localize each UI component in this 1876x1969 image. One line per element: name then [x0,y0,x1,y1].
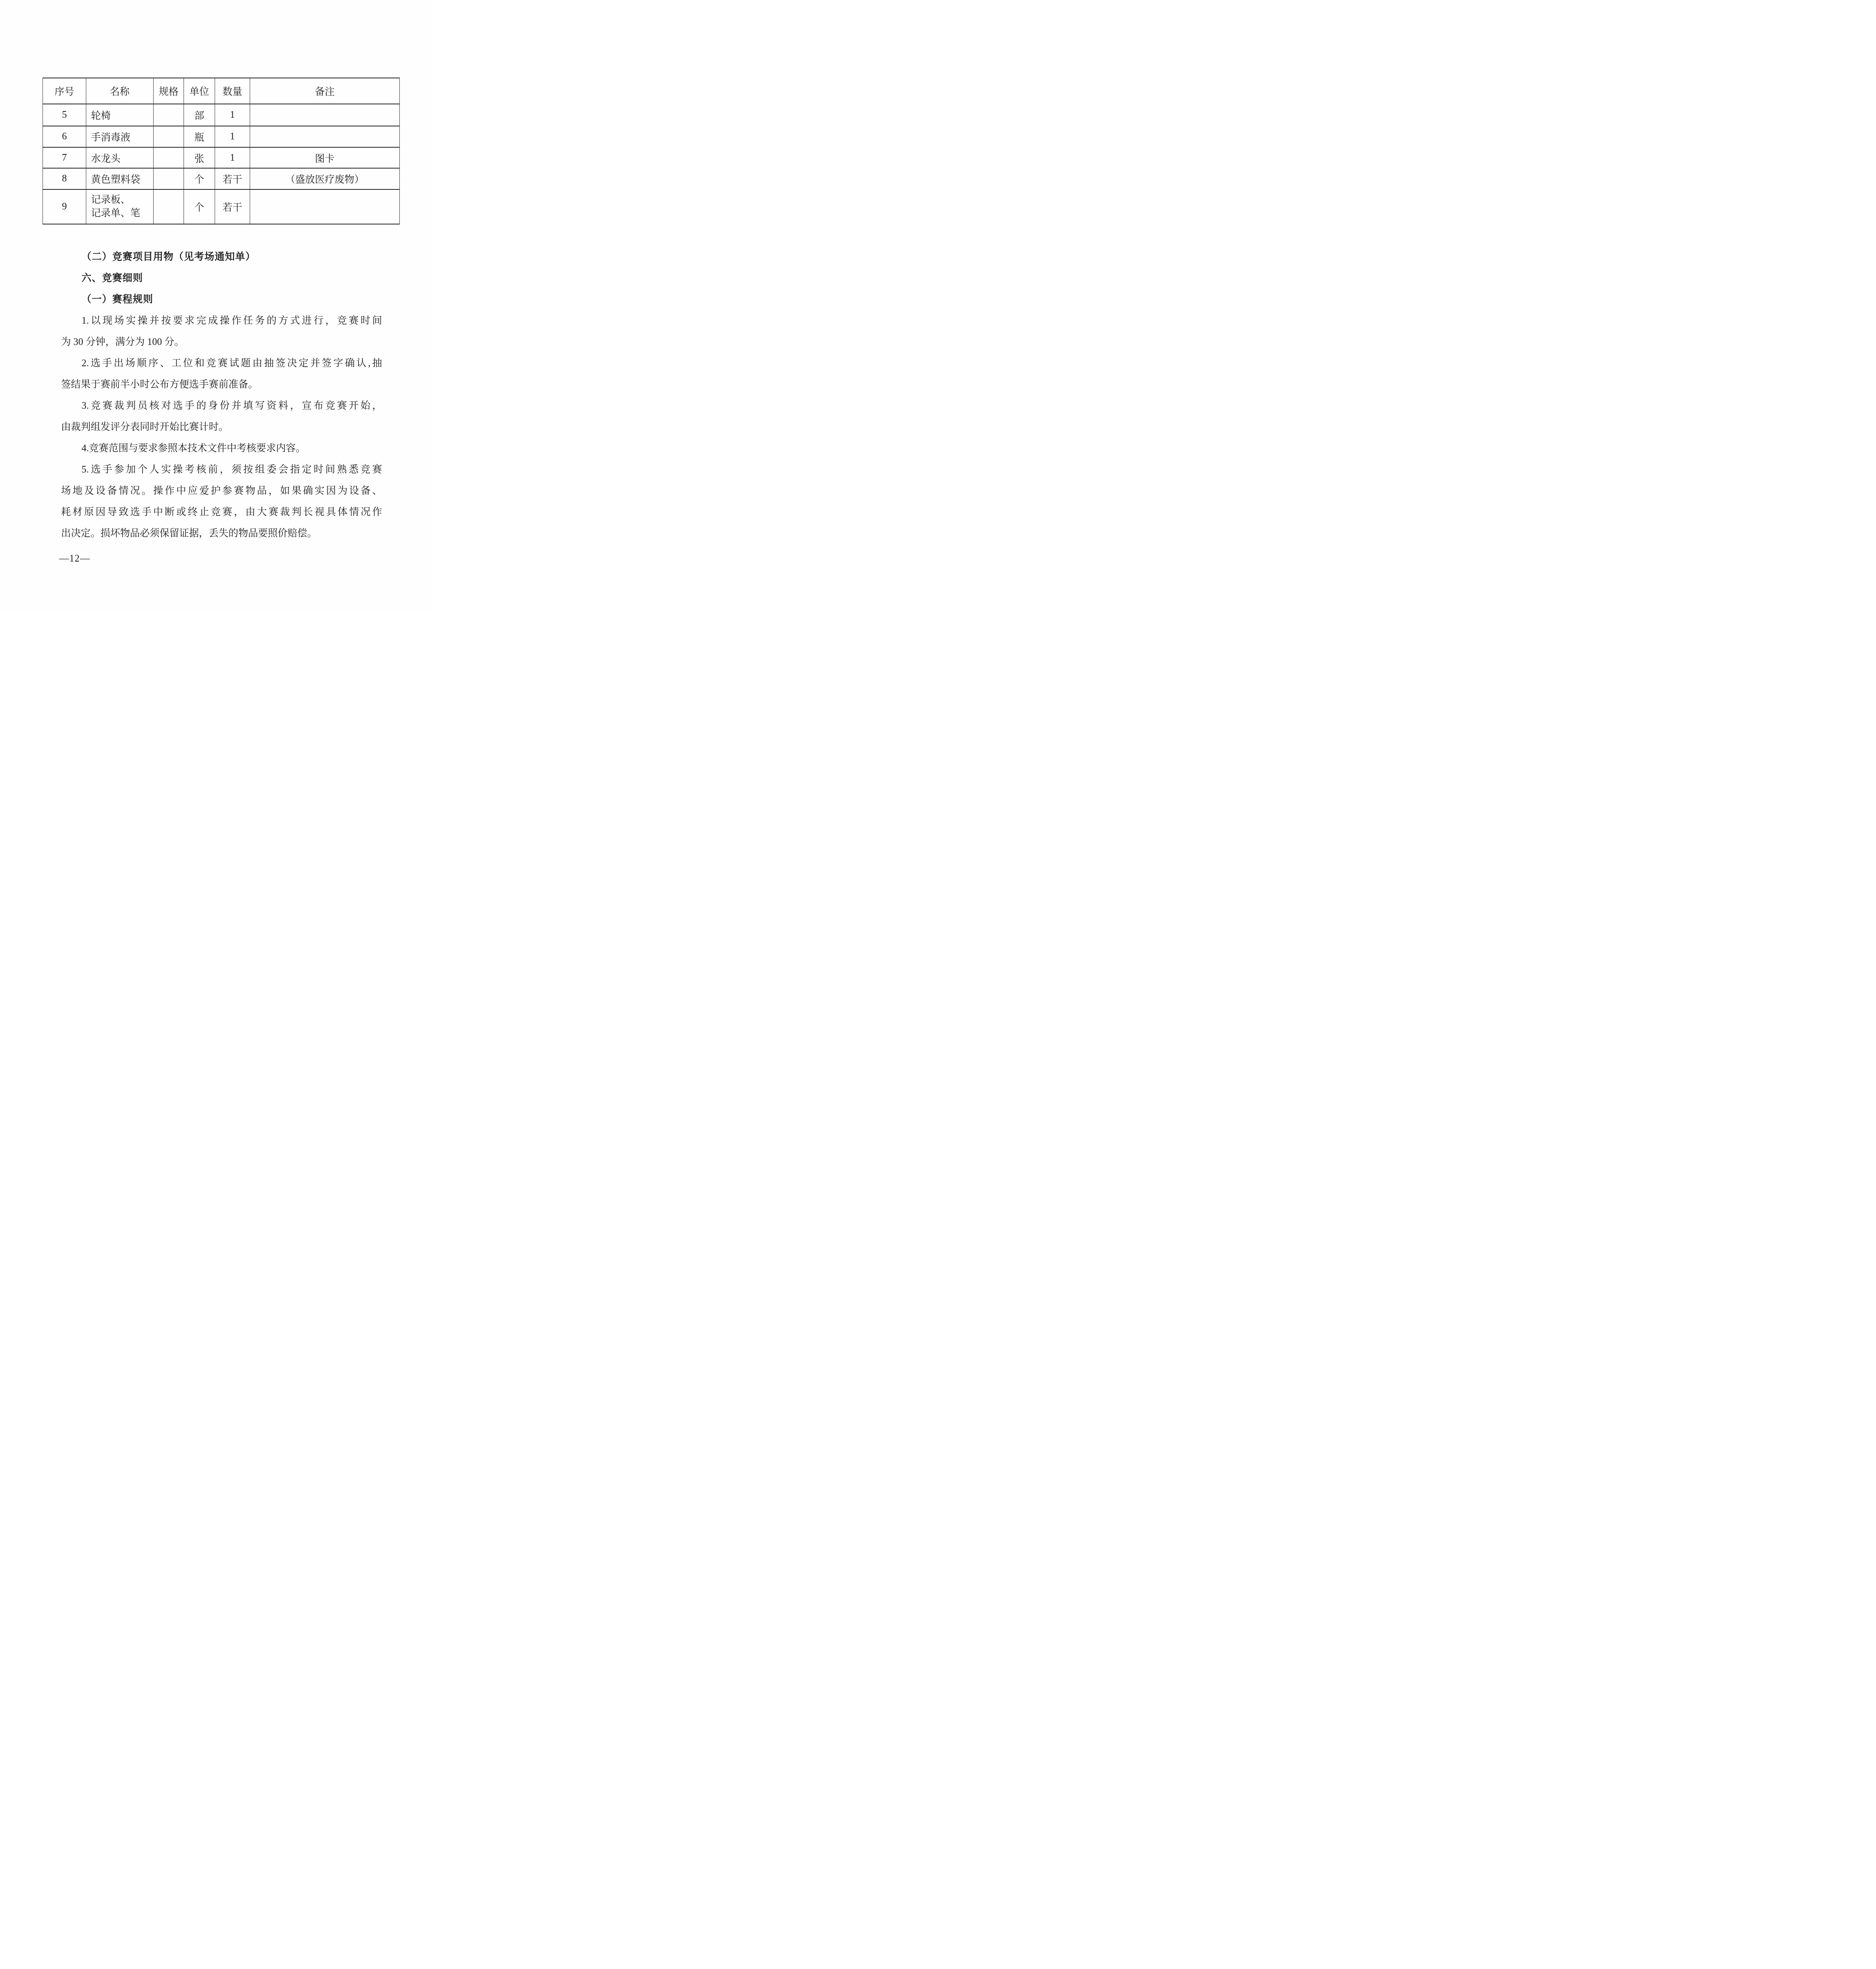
cell-name: 轮椅 [86,104,154,126]
cell-name: 黄色塑料袋 [86,168,154,189]
text-line: 为 30 分钟，满分为 100 分。 [61,332,382,353]
cell-qty: 1 [215,104,250,126]
cell-name: 记录板、 记录单、笔 [86,189,154,224]
cell-unit: 张 [184,147,215,168]
table-row: 7 水龙头 张 1 图卡 [43,147,400,168]
cell-name: 水龙头 [86,147,154,168]
text-line: 场地及设备情况。操作中应爱护参赛物品，如果确实因为设备、 [61,480,382,502]
item-name-line-2: 记录单、笔 [91,207,153,220]
text-line: 出决定。损坏物品必须保留证据，丢失的物品要照价赔偿。 [61,523,382,544]
cell-unit: 个 [184,168,215,189]
page-number: —12— [59,548,90,569]
cell-unit: 个 [184,189,215,224]
cell-no: 7 [43,147,86,168]
cell-qty: 若干 [215,168,250,189]
cell-unit: 瓶 [184,126,215,147]
section-heading-competition-rules: 六、竞赛细则 [61,268,382,289]
section-heading-schedule-rules: （一）赛程规则 [61,289,382,310]
cell-qty: 1 [215,126,250,147]
col-header-unit: 单位 [184,78,215,104]
cell-no: 5 [43,104,86,126]
cell-qty: 若干 [215,189,250,224]
cell-no: 6 [43,126,86,147]
cell-note [250,104,400,126]
item-name-line-1: 记录板、 [91,193,153,207]
cell-spec [154,189,184,224]
table-row: 8 黄色塑料袋 个 若干 （盛放医疗废物） [43,168,400,189]
text-line: 1.以现场实操并按要求完成操作任务的方式进行，竞赛时间 [61,310,382,332]
col-header-note: 备注 [250,78,400,104]
cell-note: 图卡 [250,147,400,168]
cell-spec [154,104,184,126]
cell-no: 9 [43,189,86,224]
col-header-name: 名称 [86,78,154,104]
section-heading-competition-items: （二）竞赛项目用物（见考场通知单） [61,247,382,268]
cell-qty: 1 [215,147,250,168]
table-row: 6 手消毒液 瓶 1 [43,126,400,147]
text-line: 2.选手出场顺序、工位和竞赛试题由抽签决定并签字确认,抽 [61,353,382,374]
cell-name: 手消毒液 [86,126,154,147]
table-row: 9 记录板、 记录单、笔 个 若干 [43,189,400,224]
supply-table: 序号 名称 规格 单位 数量 备注 5 轮椅 部 1 6 手消毒液 瓶 [43,78,400,224]
table-header-row: 序号 名称 规格 单位 数量 备注 [43,78,400,104]
cell-spec [154,126,184,147]
cell-spec [154,168,184,189]
cell-note: （盛放医疗废物） [250,168,400,189]
cell-no: 8 [43,168,86,189]
col-header-no: 序号 [43,78,86,104]
cell-spec [154,147,184,168]
document-page: 序号 名称 规格 单位 数量 备注 5 轮椅 部 1 6 手消毒液 瓶 [0,0,433,613]
cell-note [250,189,400,224]
cell-unit: 部 [184,104,215,126]
table-row: 5 轮椅 部 1 [43,104,400,126]
text-line: 耗材原因导致选手中断或终止竞赛，由大赛裁判长视具体情况作 [61,502,382,523]
col-header-spec: 规格 [154,78,184,104]
text-line: 4.竞赛范围与要求参照本技术文件中考核要求内容。 [61,438,382,459]
text-line: 3.竞赛裁判员核对选手的身份并填写资料，宣布竞赛开始， [61,395,382,417]
body-text: （二）竞赛项目用物（见考场通知单） 六、竞赛细则 （一）赛程规则 1.以现场实操… [61,247,382,544]
text-line: 签结果于赛前半小时公布方便选手赛前准备。 [61,374,382,395]
text-line: 由裁判组发评分表同时开始比赛计时。 [61,417,382,438]
text-line: 5.选手参加个人实操考核前，须按组委会指定时间熟悉竞赛 [61,459,382,480]
cell-note [250,126,400,147]
col-header-qty: 数量 [215,78,250,104]
